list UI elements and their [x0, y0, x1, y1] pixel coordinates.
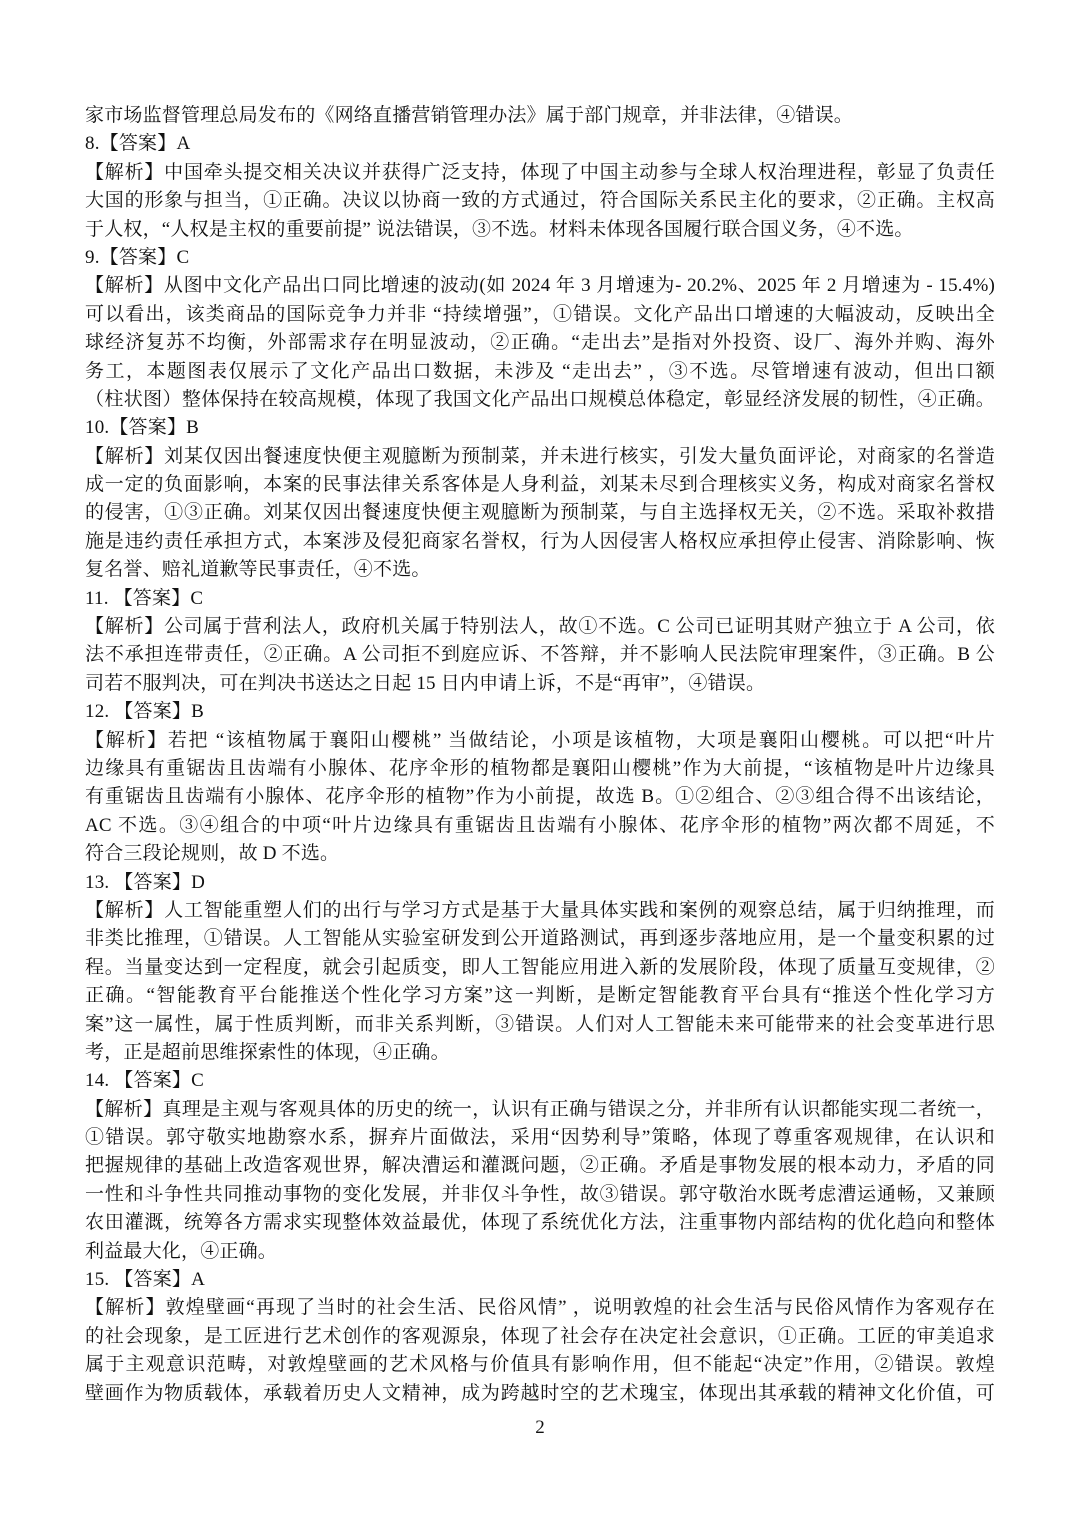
doc-line: 边缘具有重锯齿且齿端有小腺体、花序伞形的植物都是襄阳山樱桃”作为大前提，“该植物…: [85, 755, 995, 783]
document-body: 家市场监督管理总局发布的《网络直播营销管理办法》属于部门规章，并非法律，④错误。…: [85, 102, 995, 1408]
doc-line: 利益最大化，④正确。: [85, 1238, 995, 1266]
doc-line: ①错误。郭守敬实地勘察水系，摒弃片面做法，采用“因势利导”策略，体现了尊重客观规…: [85, 1124, 995, 1152]
doc-line: （柱状图）整体保持在较高规模，体现了我国文化产品出口规模总体稳定，彰显经济发展的…: [85, 386, 995, 414]
doc-line: 的社会现象，是工匠进行艺术创作的客观源泉，体现了社会存在决定社会意识，①正确。工…: [85, 1323, 995, 1351]
doc-line: 家市场监督管理总局发布的《网络直播营销管理办法》属于部门规章，并非法律，④错误。: [85, 102, 995, 130]
doc-line: 农田灌溉，统筹各方需求实现整体效益最优，体现了系统优化方法，注重事物内部结构的优…: [85, 1209, 995, 1237]
doc-line: 【解析】人工智能重塑人们的出行与学习方式是基于大量具体实践和案例的观察总结，属于…: [85, 897, 995, 925]
answer-line-q10: 10.【答案】B: [85, 414, 995, 442]
doc-line: 球经济复苏不均衡，外部需求存在明显波动，②正确。“走出去”是指对外投资、设厂、海…: [85, 329, 995, 357]
doc-line: 【解析】公司属于营利法人，政府机关属于特别法人，故①不选。C 公司已证明其财产独…: [85, 613, 995, 641]
answer-line-q13: 13. 【答案】D: [85, 869, 995, 897]
answer-line-q15: 15. 【答案】A: [85, 1266, 995, 1294]
doc-line: 复名誉、赔礼道歉等民事责任，④不选。: [85, 556, 995, 584]
doc-line: 一性和斗争性共同推动事物的变化发展，并非仅斗争性，故③错误。郭守敬治水既考虑漕运…: [85, 1181, 995, 1209]
doc-line: 司若不服判决，可在判决书送达之日起 15 日内申请上诉，不是“再审”，④错误。: [85, 670, 995, 698]
doc-line: 【解析】刘某仅因出餐速度快便主观臆断为预制菜，并未进行核实，引发大量负面评论，对…: [85, 443, 995, 471]
page-number: 2: [0, 1414, 1080, 1442]
doc-line: 成一定的负面影响，本案的民事法律关系客体是人身利益，刘某未尽到合理核实义务，构成…: [85, 471, 995, 499]
answer-line-q8: 8.【答案】A: [85, 130, 995, 158]
doc-line: 【解析】若把 “该植物属于襄阳山樱桃” 当做结论，小项是该植物，大项是襄阳山樱桃…: [85, 727, 995, 755]
doc-line: 属于主观意识范畴，对敦煌壁画的艺术风格与价值具有影响作用，但不能起“决定”作用，…: [85, 1351, 995, 1379]
doc-line: 法不承担连带责任，②正确。A 公司拒不到庭应诉、不答辩，并不影响人民法院审理案件…: [85, 641, 995, 669]
doc-line: 的侵害，①③正确。刘某仅因出餐速度快便主观臆断为预制菜，与自主选择权无关，②不选…: [85, 499, 995, 527]
doc-line: 有重锯齿且齿端有小腺体、花序伞形的植物”作为小前提，故选 B。①②组合、②③组合…: [85, 783, 995, 811]
doc-line: 【解析】中国牵头提交相关决议并获得广泛支持，体现了中国主动参与全球人权治理进程，…: [85, 159, 995, 187]
answer-line-q11: 11. 【答案】C: [85, 585, 995, 613]
doc-line: 程。当量变达到一定程度，就会引起质变，即人工智能应用进入新的发展阶段，体现了质量…: [85, 954, 995, 982]
doc-line: 【解析】真理是主观与客观具体的历史的统一，认识有正确与错误之分，并非所有认识都能…: [85, 1096, 995, 1124]
doc-line: 于人权，“人权是主权的重要前提” 说法错误，③不选。材料未体现各国履行联合国义务…: [85, 216, 995, 244]
doc-line: 大国的形象与担当，①正确。决议以协商一致的方式通过，符合国际关系民主化的要求，②…: [85, 187, 995, 215]
doc-line: 考，正是超前思维探索性的体现，④正确。: [85, 1039, 995, 1067]
doc-line: 务工，本题图表仅展示了文化产品出口数据，未涉及 “走出去” ，③不选。尽管增速有…: [85, 358, 995, 386]
doc-line: 符合三段论规则，故 D 不选。: [85, 840, 995, 868]
answer-line-q12: 12. 【答案】B: [85, 698, 995, 726]
answer-line-q14: 14. 【答案】C: [85, 1067, 995, 1095]
doc-line: AC 不选。③④组合的中项“叶片边缘具有重锯齿且齿端有小腺体、花序伞形的植物”两…: [85, 812, 995, 840]
doc-line: 非类比推理，①错误。人工智能从实验室研发到公开道路测试，再到逐步落地应用，是一个…: [85, 925, 995, 953]
doc-line: 施是违约责任承担方式，本案涉及侵犯商家名誉权，行为人因侵害人格权应承担停止侵害、…: [85, 528, 995, 556]
doc-line: 正确。“智能教育平台能推送个性化学习方案”这一判断，是断定智能教育平台具有“推送…: [85, 982, 995, 1010]
doc-line: 可以看出，该类商品的国际竞争力并非 “持续增强”，①错误。文化产品出口增速的大幅…: [85, 301, 995, 329]
doc-line: 案”这一属性，属于性质判断，而非关系判断，③错误。人们对人工智能未来可能带来的社…: [85, 1011, 995, 1039]
document-page: 家市场监督管理总局发布的《网络直播营销管理办法》属于部门规章，并非法律，④错误。…: [0, 0, 1080, 1527]
doc-line: 壁画作为物质载体，承载着历史人文精神，成为跨越时空的艺术瑰宝，体现出其承载的精神…: [85, 1380, 995, 1408]
doc-line: 【解析】从图中文化产品出口同比增速的波动(如 2024 年 3 月增速为- 20…: [85, 272, 995, 300]
answer-line-q9: 9.【答案】C: [85, 244, 995, 272]
doc-line: 【解析】敦煌壁画“再现了当时的社会生活、民俗风情” ，说明敦煌的社会生活与民俗风…: [85, 1294, 995, 1322]
doc-line: 把握规律的基础上改造客观世界，解决漕运和灌溉问题，②正确。矛盾是事物发展的根本动…: [85, 1152, 995, 1180]
